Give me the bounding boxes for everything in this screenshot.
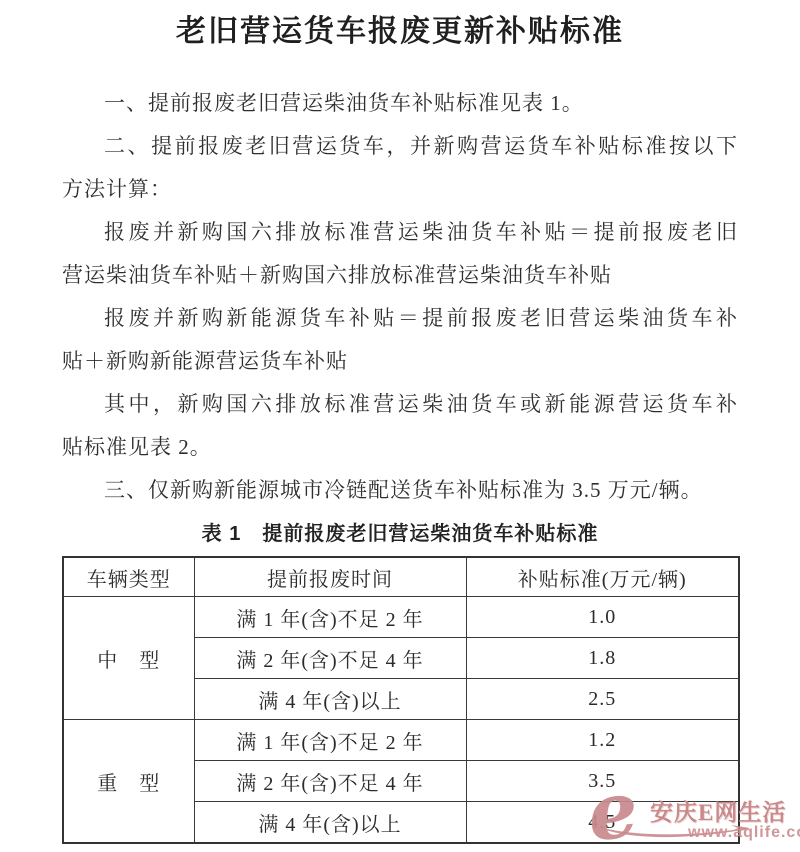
col-header-vehicle-type: 车辆类型: [63, 557, 194, 597]
body-line: 贴＋新购新能源营运货车补贴: [62, 340, 738, 383]
body-line: 贴标准见表 2。: [62, 426, 738, 469]
subsidy-table: 车辆类型 提前报废时间 补贴标准(万元/辆) 中 型 满 1 年(含)不足 2 …: [62, 556, 740, 844]
cell-scrap-time: 满 4 年(含)以上: [194, 679, 466, 720]
table-row: 重 型 满 1 年(含)不足 2 年 1.2: [63, 720, 739, 761]
cell-subsidy-value: 4.5: [466, 802, 739, 844]
cell-scrap-time: 满 2 年(含)不足 4 年: [194, 761, 466, 802]
cell-subsidy-value: 3.5: [466, 761, 739, 802]
table-row: 中 型 满 1 年(含)不足 2 年 1.0: [63, 597, 739, 638]
body-line: 一、提前报废老旧营运柴油货车补贴标准见表 1。: [62, 82, 738, 125]
body-line: 二、提前报废老旧营运货车，并新购营运货车补贴标准按以下: [62, 125, 738, 168]
cell-vehicle-type-medium: 中 型: [63, 597, 194, 720]
body-line: 报废并新购国六排放标准营运柴油货车补贴＝提前报废老旧: [62, 211, 738, 254]
body-line: 其中，新购国六排放标准营运柴油货车或新能源营运货车补: [62, 383, 738, 426]
cell-subsidy-value: 1.8: [466, 638, 739, 679]
cell-scrap-time: 满 1 年(含)不足 2 年: [194, 720, 466, 761]
cell-vehicle-type-heavy: 重 型: [63, 720, 194, 844]
cell-scrap-time: 满 4 年(含)以上: [194, 802, 466, 844]
cell-subsidy-value: 1.0: [466, 597, 739, 638]
document-page: 老旧营运货车报废更新补贴标准 一、提前报废老旧营运柴油货车补贴标准见表 1。 二…: [0, 0, 800, 852]
body-line: 三、仅新购新能源城市冷链配送货车补贴标准为 3.5 万元/辆。: [62, 469, 738, 512]
table-header-row: 车辆类型 提前报废时间 补贴标准(万元/辆): [63, 557, 739, 597]
body-line: 方法计算：: [62, 168, 738, 211]
col-header-scrap-time: 提前报废时间: [194, 557, 466, 597]
paragraphs: 一、提前报废老旧营运柴油货车补贴标准见表 1。 二、提前报废老旧营运货车，并新购…: [62, 82, 738, 512]
document-body: 老旧营运货车报废更新补贴标准 一、提前报废老旧营运柴油货车补贴标准见表 1。 二…: [62, 0, 738, 844]
cell-scrap-time: 满 2 年(含)不足 4 年: [194, 638, 466, 679]
body-line: 报废并新购新能源货车补贴＝提前报废老旧营运柴油货车补: [62, 297, 738, 340]
body-line: 营运柴油货车补贴＋新购国六排放标准营运柴油货车补贴: [62, 254, 738, 297]
cell-scrap-time: 满 1 年(含)不足 2 年: [194, 597, 466, 638]
page-title: 老旧营运货车报废更新补贴标准: [62, 0, 738, 51]
cell-subsidy-value: 2.5: [466, 679, 739, 720]
cell-subsidy-value: 1.2: [466, 720, 739, 761]
table-caption: 表 1 提前报废老旧营运柴油货车补贴标准: [62, 521, 738, 547]
col-header-subsidy-standard: 补贴标准(万元/辆): [466, 557, 739, 597]
